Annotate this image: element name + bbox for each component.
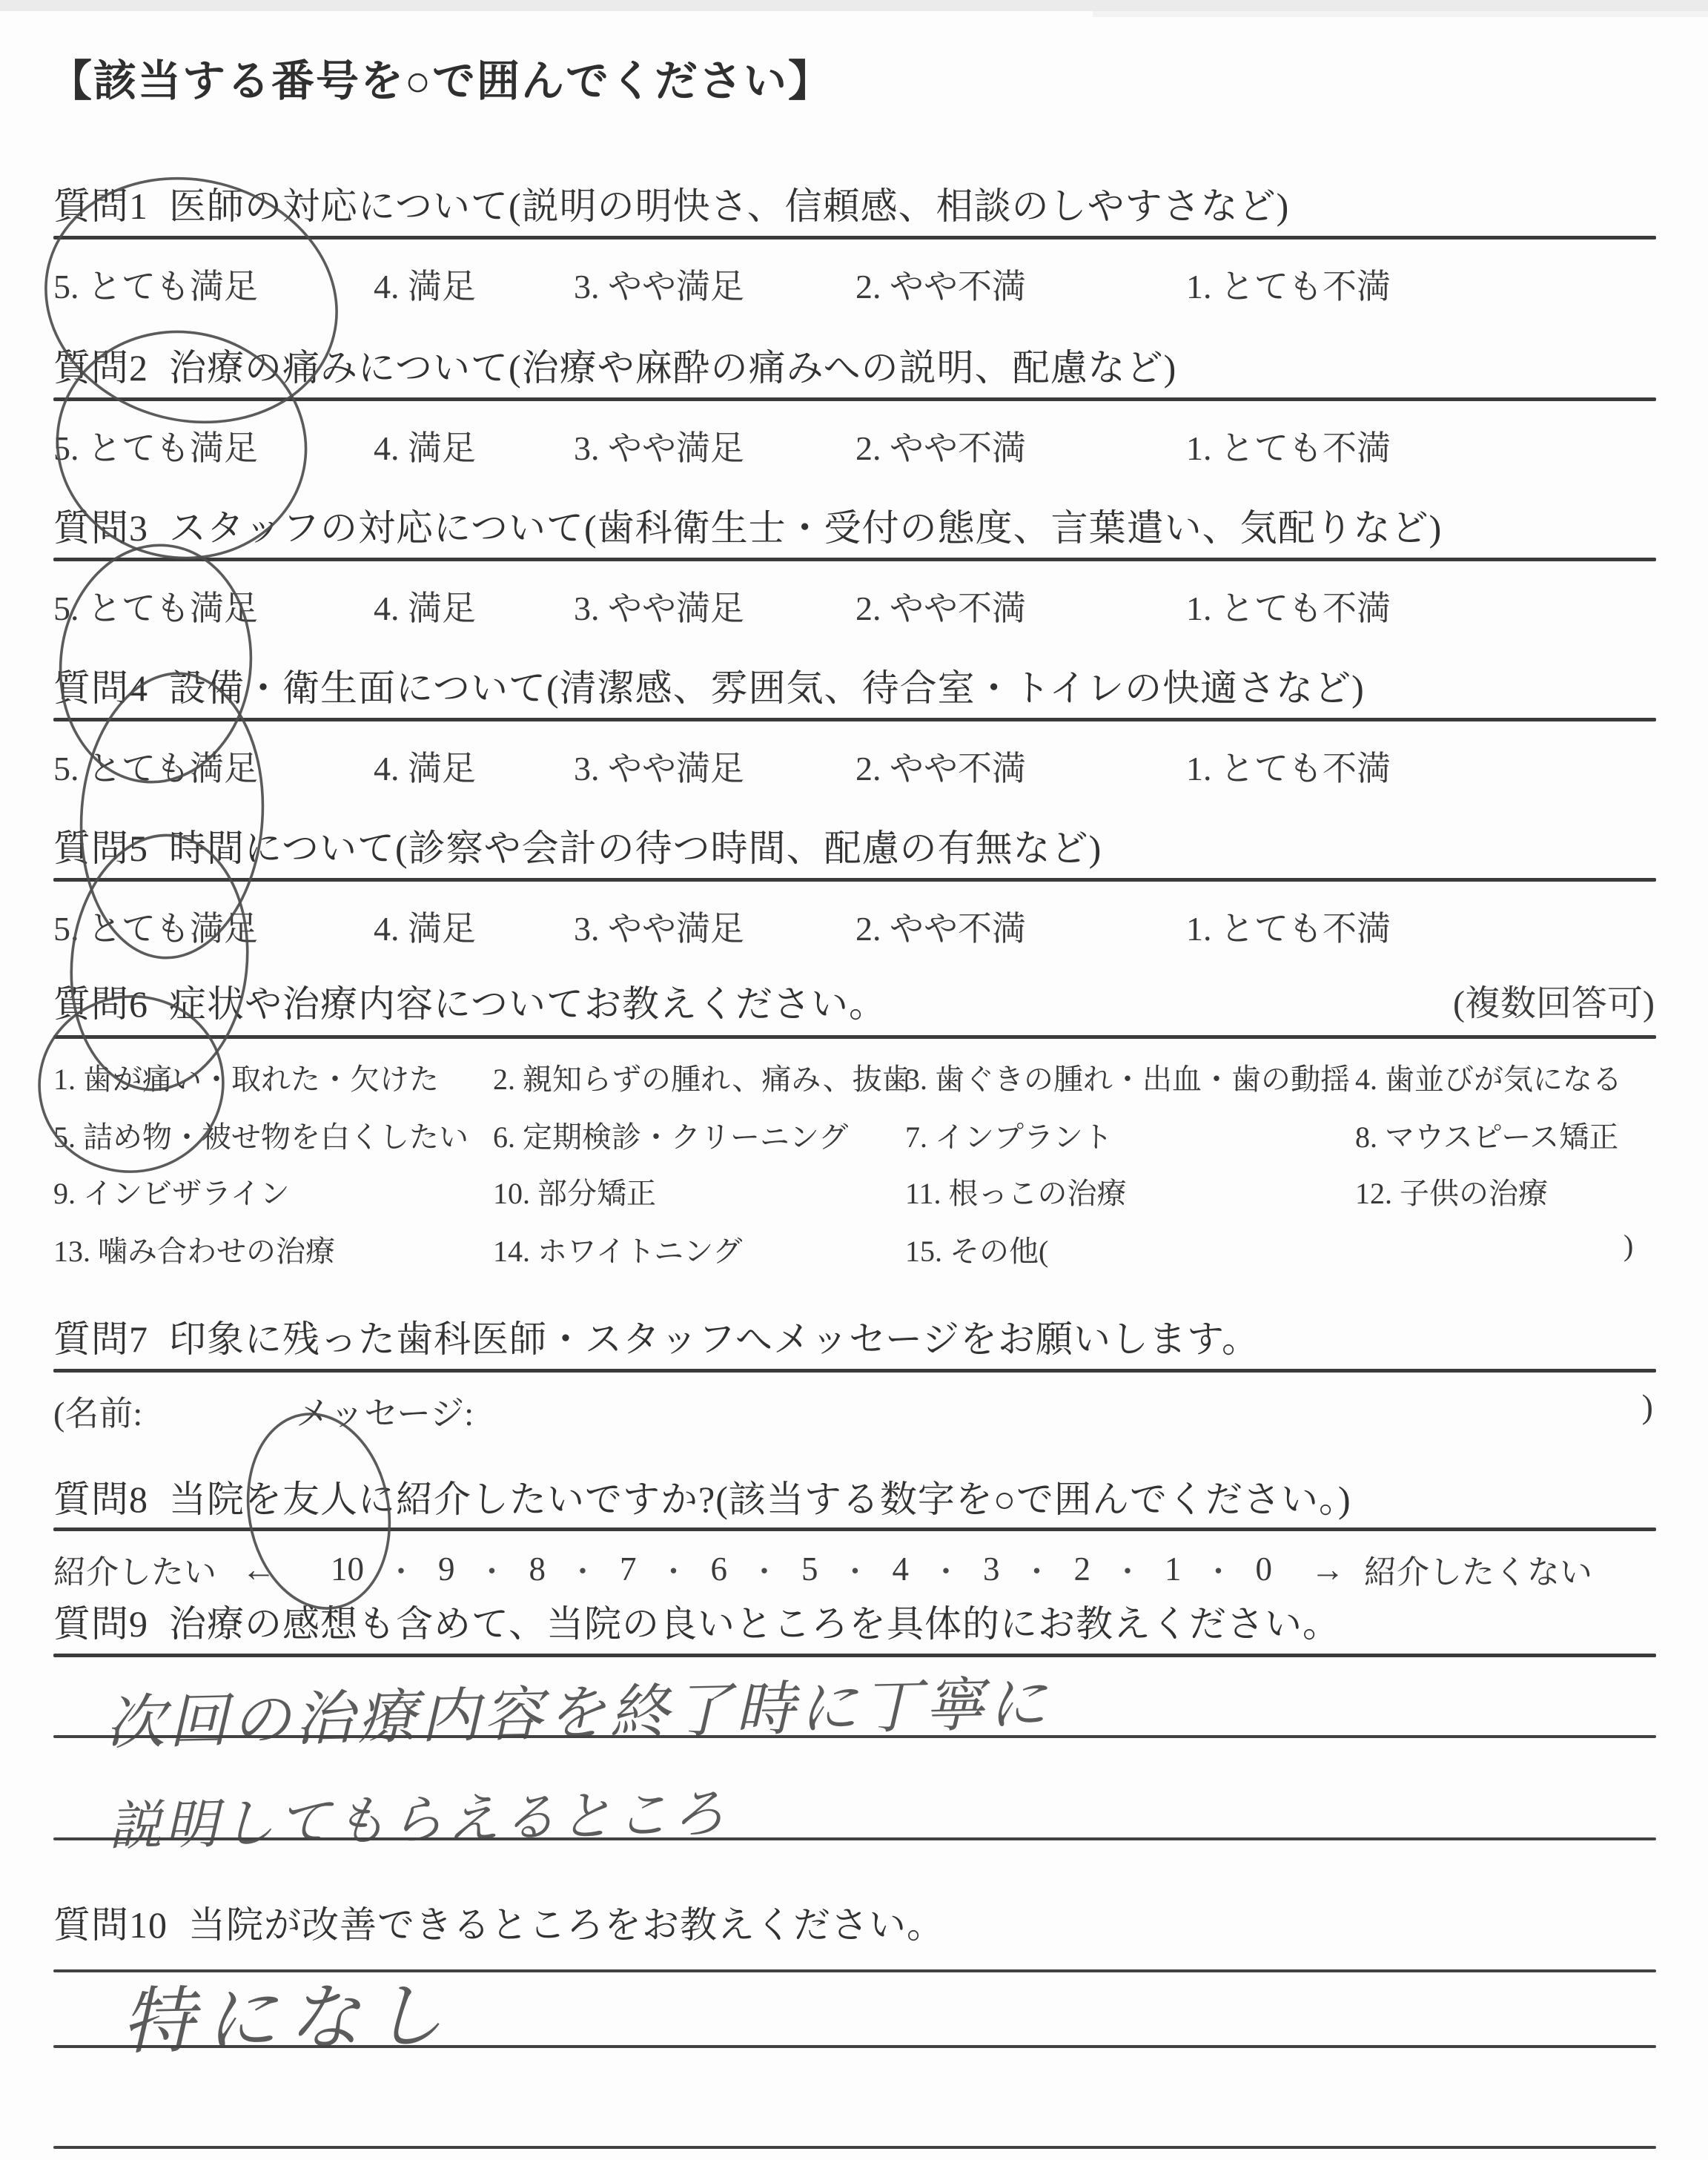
question-9-heading: 質問9治療の感想も含めて、当院の良いところを具体的にお教えください。 — [53, 1594, 1656, 1648]
question-6-other-close-paren: ) — [1623, 1228, 1633, 1263]
question-5-title: 時間について(診察や会計の待つ時間、配慮の有無など) — [169, 828, 1102, 869]
question-5-label: 質問5 — [53, 828, 148, 869]
question-10-label: 質問10 — [53, 1904, 168, 1946]
question-6-option-11: 11. 根っこの治療 — [905, 1170, 1127, 1212]
question-6-label: 質問6 — [53, 983, 148, 1025]
scale-number-10: 10 — [331, 1550, 364, 1588]
answer-line — [53, 2146, 1656, 2149]
question-3-option-1: 1. とても不満 — [1186, 581, 1391, 630]
question-3-title: スタッフの対応について(歯科衛生士・受付の態度、言葉遣い、気配りなど) — [169, 507, 1442, 549]
question-2-option-4: 4. 満足 — [374, 421, 476, 470]
question-1: 質問1医師の対応について(説明の明快さ、信頼感、相談のしやすさなど) 5. とて… — [53, 176, 1656, 325]
question-7-title: 印象に残った歯科医師・スタッフへメッセージをお願いします。 — [169, 1318, 1260, 1360]
question-6-option-3: 3. 歯ぐきの腫れ・出血・歯の動揺 — [905, 1056, 1350, 1098]
question-4-heading: 質問4設備・衛生面について(清潔感、雰囲気、待合室・トイレの快適さなど) — [53, 658, 1656, 712]
divider — [53, 558, 1656, 561]
question-6-option-8: 8. マウスピース矯正 — [1355, 1114, 1618, 1156]
question-2-title: 治療の痛みについて(治療や麻酔の痛みへの説明、配慮など) — [169, 347, 1176, 389]
question-6-option-14: 14. ホワイトニング — [493, 1228, 742, 1270]
scale-separator-dot: ・ — [841, 1548, 870, 1591]
question-2-option-3: 3. やや満足 — [574, 421, 744, 470]
question-1-option-2: 2. やや不満 — [855, 260, 1026, 308]
question-1-title: 医師の対応について(説明の明快さ、信頼感、相談のしやすさなど) — [169, 185, 1289, 227]
scale-number-3: 3 — [983, 1550, 1000, 1588]
question-9: 質問9治療の感想も含めて、当院の良いところを具体的にお教えください。 次回の治療… — [53, 1594, 1656, 1891]
question-7-label: 質問7 — [53, 1318, 148, 1360]
question-8: 質問8当院を友人に紹介したいですか?(該当する数字を○で囲んでください。) 紹介… — [53, 1470, 1656, 1603]
question-6-row-1: 1. 歯が痛い・取れた・欠けた 2. 親知らずの腫れ、痛み、抜歯 3. 歯ぐきの… — [53, 1056, 1656, 1100]
question-7-close-paren: ) — [1642, 1387, 1653, 1426]
question-2-label: 質問2 — [53, 347, 148, 389]
question-7-fields: (名前: メッセージ: ) — [53, 1387, 1656, 1434]
question-3-option-4: 4. 満足 — [374, 581, 476, 630]
question-6-option-2: 2. 親知らずの腫れ、痛み、抜歯 — [493, 1056, 912, 1098]
question-3-options: 5. とても満足 4. 満足 3. やや満足 2. やや不満 1. とても不満 — [53, 581, 1656, 630]
scale-separator-dot: ・ — [386, 1548, 416, 1591]
right-arrow-icon: → — [1311, 1550, 1345, 1589]
question-5-option-5: 5. とても満足 — [53, 902, 258, 951]
question-6-option-9: 9. インビザライン — [53, 1170, 290, 1212]
question-6-option-1: 1. 歯が痛い・取れた・欠けた — [53, 1056, 439, 1098]
question-5-option-2: 2. やや不満 — [855, 902, 1026, 951]
question-1-heading: 質問1医師の対応について(説明の明快さ、信頼感、相談のしやすさなど) — [53, 176, 1656, 230]
scale-separator-dot: ・ — [1204, 1548, 1234, 1591]
question-6-option-4: 4. 歯並びが気になる — [1355, 1056, 1622, 1098]
question-6-note: (複数回答可) — [1453, 974, 1655, 1025]
scale-separator-dot: ・ — [931, 1548, 961, 1591]
scale-separator-dot: ・ — [659, 1548, 689, 1591]
question-4-option-3: 3. やや満足 — [574, 742, 744, 790]
question-10-title: 当院が改善できるところをお教えください。 — [188, 1904, 944, 1946]
scale-number-8: 8 — [529, 1550, 546, 1588]
question-2-options: 5. とても満足 4. 満足 3. やや満足 2. やや不満 1. とても不満 — [53, 421, 1656, 470]
scale-number-0: 0 — [1256, 1550, 1273, 1588]
question-8-heading: 質問8当院を友人に紹介したいですか?(該当する数字を○で囲んでください。) — [53, 1470, 1656, 1523]
question-1-option-5: 5. とても満足 — [53, 260, 258, 308]
question-10: 質問10当院が改善できるところをお教えください。 特になし — [53, 1895, 1656, 2159]
divider — [53, 1369, 1656, 1373]
question-3-heading: 質問3スタッフの対応について(歯科衛生士・受付の態度、言葉遣い、気配りなど) — [53, 498, 1656, 552]
page-title: 【該当する番号を○で囲んでください】 — [49, 46, 833, 108]
question-9-handwritten-answer-line-2: 説明してもらえるところ — [107, 1770, 729, 1860]
question-6-option-15: 15. その他( — [905, 1228, 1048, 1270]
question-3: 質問3スタッフの対応について(歯科衛生士・受付の態度、言葉遣い、気配りなど) 5… — [53, 498, 1656, 647]
question-6-row-2: 5. 詰め物・被せ物を白くしたい 6. 定期検診・クリーニング 7. インプラン… — [53, 1114, 1656, 1158]
question-4-option-4: 4. 満足 — [374, 742, 476, 790]
question-2-option-1: 1. とても不満 — [1186, 421, 1391, 470]
divider — [53, 1654, 1656, 1657]
question-1-label: 質問1 — [53, 185, 148, 227]
question-6-option-10: 10. 部分矯正 — [493, 1170, 656, 1212]
question-6-row-4: 13. 噛み合わせの治療 14. ホワイトニング 15. その他( ) — [53, 1228, 1656, 1272]
question-3-label: 質問3 — [53, 507, 148, 549]
question-6-option-7: 7. インプラント — [905, 1114, 1113, 1156]
question-3-option-3: 3. やや満足 — [574, 581, 744, 630]
question-9-title: 治療の感想も含めて、当院の良いところを具体的にお教えください。 — [169, 1603, 1340, 1645]
question-2: 質問2治療の痛みについて(治療や麻酔の痛みへの説明、配慮など) 5. とても満足… — [53, 338, 1656, 486]
question-7-name-field-label: (名前: — [53, 1387, 142, 1436]
scan-edge-notch — [1093, 11, 1708, 17]
scale-separator-dot: ・ — [1022, 1548, 1052, 1591]
scanned-survey-page: 【該当する番号を○で囲んでください】 質問1医師の対応について(説明の明快さ、信… — [0, 0, 1708, 2160]
divider — [53, 1527, 1656, 1531]
question-8-label: 質問8 — [53, 1479, 148, 1520]
question-5-heading: 質問5時間について(診察や会計の待つ時間、配慮の有無など) — [53, 819, 1656, 872]
question-9-handwritten-answer-line-1: 次回の治療内容を終了時に丁寧に — [105, 1656, 1051, 1761]
scale-separator-dot: ・ — [749, 1548, 779, 1591]
divider — [53, 718, 1656, 721]
question-1-option-4: 4. 満足 — [374, 260, 476, 308]
divider — [53, 397, 1656, 401]
question-4-option-1: 1. とても不満 — [1186, 742, 1391, 790]
question-3-option-2: 2. やや不満 — [855, 581, 1026, 630]
question-3-option-5: 5. とても満足 — [53, 581, 258, 630]
question-4: 質問4設備・衛生面について(清潔感、雰囲気、待合室・トイレの快適さなど) 5. … — [53, 658, 1656, 807]
question-10-handwritten-answer: 特になし — [121, 1957, 455, 2068]
scale-number-5: 5 — [801, 1550, 818, 1588]
scale-number-7: 7 — [620, 1550, 637, 1588]
question-6-option-6: 6. 定期検診・クリーニング — [493, 1114, 848, 1156]
scan-edge-band — [0, 0, 1708, 11]
question-7-heading: 質問7印象に残った歯科医師・スタッフへメッセージをお願いします。 — [53, 1309, 1656, 1363]
scale-number-2: 2 — [1074, 1550, 1091, 1588]
scale-separator-dot: ・ — [1113, 1548, 1142, 1591]
scale-left-label: 紹介したい — [53, 1545, 216, 1593]
divider — [53, 236, 1656, 240]
question-5: 質問5時間について(診察や会計の待つ時間、配慮の有無など) 5. とても満足 4… — [53, 819, 1656, 967]
scale-number-4: 4 — [893, 1550, 910, 1588]
divider — [53, 1035, 1656, 1039]
question-4-option-5: 5. とても満足 — [53, 742, 258, 790]
scale-number-6: 6 — [711, 1550, 728, 1588]
scale-right-label: 紹介したくない — [1364, 1545, 1592, 1593]
question-1-options: 5. とても満足 4. 満足 3. やや満足 2. やや不満 1. とても不満 — [53, 260, 1656, 308]
question-8-title: 当院を友人に紹介したいですか?(該当する数字を○で囲んでください。) — [169, 1479, 1351, 1520]
question-6-heading: 質問6症状や治療内容についてお教えください。 — [53, 974, 1656, 1028]
scale-separator-dot: ・ — [477, 1548, 507, 1591]
question-6-option-13: 13. 噛み合わせの治療 — [53, 1228, 335, 1270]
question-6-row-3: 9. インビザライン 10. 部分矯正 11. 根っこの治療 12. 子供の治療 — [53, 1170, 1656, 1215]
question-7-message-field-label: メッセージ: — [296, 1387, 474, 1436]
question-6: 質問6症状や治療内容についてお教えください。 (複数回答可) 1. 歯が痛い・取… — [53, 974, 1656, 1286]
question-10-heading: 質問10当院が改善できるところをお教えください。 — [53, 1895, 1656, 1949]
question-5-options: 5. とても満足 4. 満足 3. やや満足 2. やや不満 1. とても不満 — [53, 902, 1656, 951]
question-5-option-1: 1. とても不満 — [1186, 902, 1391, 951]
scale-number-1: 1 — [1165, 1550, 1182, 1588]
scale-number-9: 9 — [438, 1550, 455, 1588]
question-8-scale: 紹介したい ← 10 ・ 9 ・ 8 ・ 7 ・ 6 ・ 5 ・ 4 ・ 3 ・… — [53, 1545, 1592, 1593]
question-4-option-2: 2. やや不満 — [855, 742, 1026, 790]
question-4-options: 5. とても満足 4. 満足 3. やや満足 2. やや不満 1. とても不満 — [53, 742, 1656, 790]
left-arrow-icon: ← — [242, 1550, 276, 1589]
question-1-option-1: 1. とても不満 — [1186, 260, 1391, 308]
question-6-option-5: 5. 詰め物・被せ物を白くしたい — [53, 1114, 469, 1156]
question-9-label: 質問9 — [53, 1603, 148, 1645]
question-5-option-4: 4. 満足 — [374, 902, 476, 951]
question-4-label: 質問4 — [53, 667, 148, 709]
question-2-option-5: 5. とても満足 — [53, 421, 258, 470]
scale-separator-dot: ・ — [568, 1548, 598, 1591]
question-6-option-12: 12. 子供の治療 — [1355, 1170, 1548, 1212]
question-7: 質問7印象に残った歯科医師・スタッフへメッセージをお願いします。 (名前: メッ… — [53, 1309, 1656, 1443]
question-5-option-3: 3. やや満足 — [574, 902, 744, 951]
question-2-option-2: 2. やや不満 — [855, 421, 1026, 470]
question-2-heading: 質問2治療の痛みについて(治療や麻酔の痛みへの説明、配慮など) — [53, 338, 1656, 392]
question-4-title: 設備・衛生面について(清潔感、雰囲気、待合室・トイレの快適さなど) — [169, 667, 1365, 709]
question-6-title: 症状や治療内容についてお教えください。 — [169, 983, 887, 1025]
divider — [53, 878, 1656, 882]
question-1-option-3: 3. やや満足 — [574, 260, 744, 308]
